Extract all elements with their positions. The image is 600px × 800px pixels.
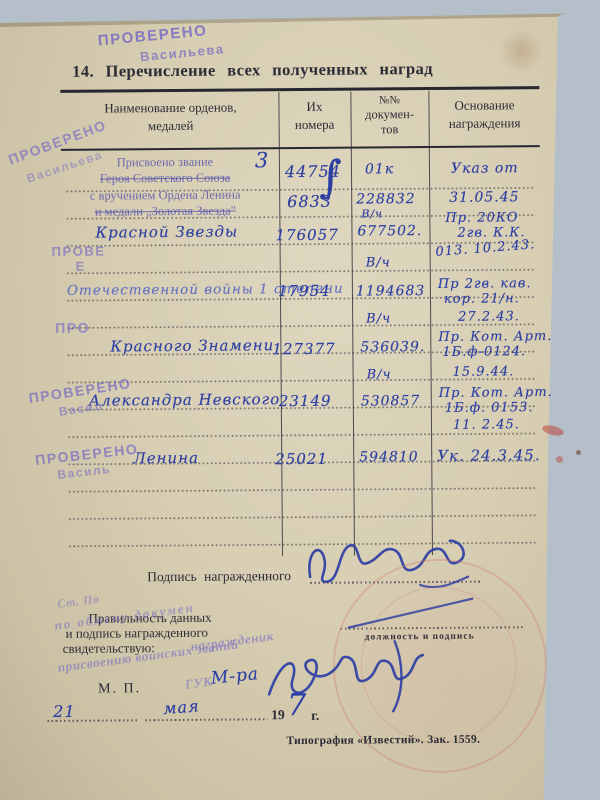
- date-month: мая: [162, 696, 200, 718]
- row2-doc-number: 677502.: [357, 223, 422, 240]
- row4-basis-line2: 1Б.ф-0124.: [442, 344, 526, 360]
- row6-order-number: 25021: [275, 450, 328, 468]
- col3-header-line1: №№: [351, 94, 427, 107]
- col4-header-line2: награждения: [431, 115, 539, 132]
- table-top-rule: [60, 86, 539, 92]
- row1-doc-number-1: 01к: [365, 161, 394, 177]
- row1-name-line4: и медали „Золотая Звезда": [65, 203, 265, 220]
- row4-doc-number: 536039.: [360, 339, 425, 356]
- row3-basis-line1: Пр 2гв. кав.: [438, 276, 532, 292]
- row5-basis-line1: Пр. Кот. Арт.: [439, 385, 553, 401]
- row5-award-name: Александра Невского: [89, 390, 281, 410]
- col3-header-line2: докумен-: [351, 107, 427, 123]
- dept-stamp-line1: Ст. По: [56, 591, 100, 611]
- row4-order-number: 127377: [272, 340, 335, 358]
- row5-basis-line2: 1Б.ф. 0153.: [445, 400, 534, 416]
- date-day: 21: [53, 702, 76, 721]
- col4-header-line1: Основание: [430, 97, 538, 114]
- section-title: 14. Перечисление всех полученных наград: [72, 59, 433, 82]
- row6-award-name: Ленина: [133, 449, 199, 468]
- col1-header-line1: Наименование орденов,: [64, 99, 276, 117]
- row3-doc-number: 1194683: [356, 283, 425, 300]
- verified-stamp-fragment-pro: ПРО: [55, 320, 90, 336]
- date-year-handwritten: 7: [287, 688, 307, 723]
- verified-stamp-fragment-e: Е: [76, 259, 86, 274]
- date-year-printed: 19: [271, 707, 285, 723]
- row2-military-unit: В/ч: [361, 207, 383, 220]
- date-month-line: [145, 718, 267, 721]
- row3-basis-line2: кор. 21/н.: [444, 291, 520, 307]
- photo-of-award-record-form: ПРОВЕРЕНО Васильева 14. Перечисление все…: [0, 0, 600, 800]
- official-rank: М-ра: [210, 664, 260, 688]
- row5-basis-line3: 11. 2.45.: [453, 417, 520, 433]
- row1-basis-line1: Указ от: [451, 160, 519, 177]
- row5-military-unit: В/ч: [367, 367, 392, 382]
- row6-doc-number: 594810: [359, 449, 419, 465]
- mp-label: М. П.: [98, 681, 141, 697]
- row2-basis-line1: Пр. 20КО: [445, 210, 518, 226]
- row1-name-line2: Героя Советского Союза: [65, 170, 265, 187]
- row4-military-unit: В/ч: [366, 311, 391, 326]
- row4-award-name: Красного Знамени: [110, 336, 274, 355]
- row2-order-number: 176057: [275, 226, 338, 244]
- printer-note: Типография «Известий». Зак. 1559.: [286, 734, 480, 748]
- row1-basis-line2: 31.05.45: [449, 189, 519, 206]
- row1-correction-mark: 3: [255, 148, 270, 172]
- row3-military-unit: В/ч: [366, 255, 391, 270]
- date-day-line: [47, 719, 139, 722]
- row1-doc-number-2: 228832: [356, 191, 416, 207]
- handwritten-brace: ∫: [319, 152, 343, 203]
- row2-award-name: Красной Звезды: [95, 222, 238, 241]
- official-signature: [255, 635, 446, 716]
- dept-stamp-line5: ГУК: [184, 673, 213, 692]
- row5-doc-number: 530857: [361, 393, 421, 409]
- verified-stamp-fragment-prove: ПРОВЕ: [52, 244, 106, 259]
- col2-header-line1: Их: [279, 99, 349, 116]
- row1-name-line3: с вручением Ордена Ленина: [65, 187, 265, 204]
- awardee-signature-label: Подпись награжденного: [147, 568, 291, 585]
- row3-basis-line3: 27.2.43.: [458, 309, 520, 324]
- col3-header-line3: тов: [352, 122, 428, 138]
- row4-basis-line3: 15.9.44.: [453, 364, 515, 379]
- table-header-rule: [61, 145, 540, 151]
- col2-header-line2: номера: [280, 117, 350, 134]
- row3-order-number: 17954: [278, 282, 331, 300]
- row4-basis-line1: Пр. Кот. Арт.: [438, 329, 552, 345]
- row6-basis: Ук. 24.3.45.: [437, 446, 540, 465]
- date-suffix: г.: [311, 708, 319, 724]
- row5-order-number: 23149: [279, 392, 332, 410]
